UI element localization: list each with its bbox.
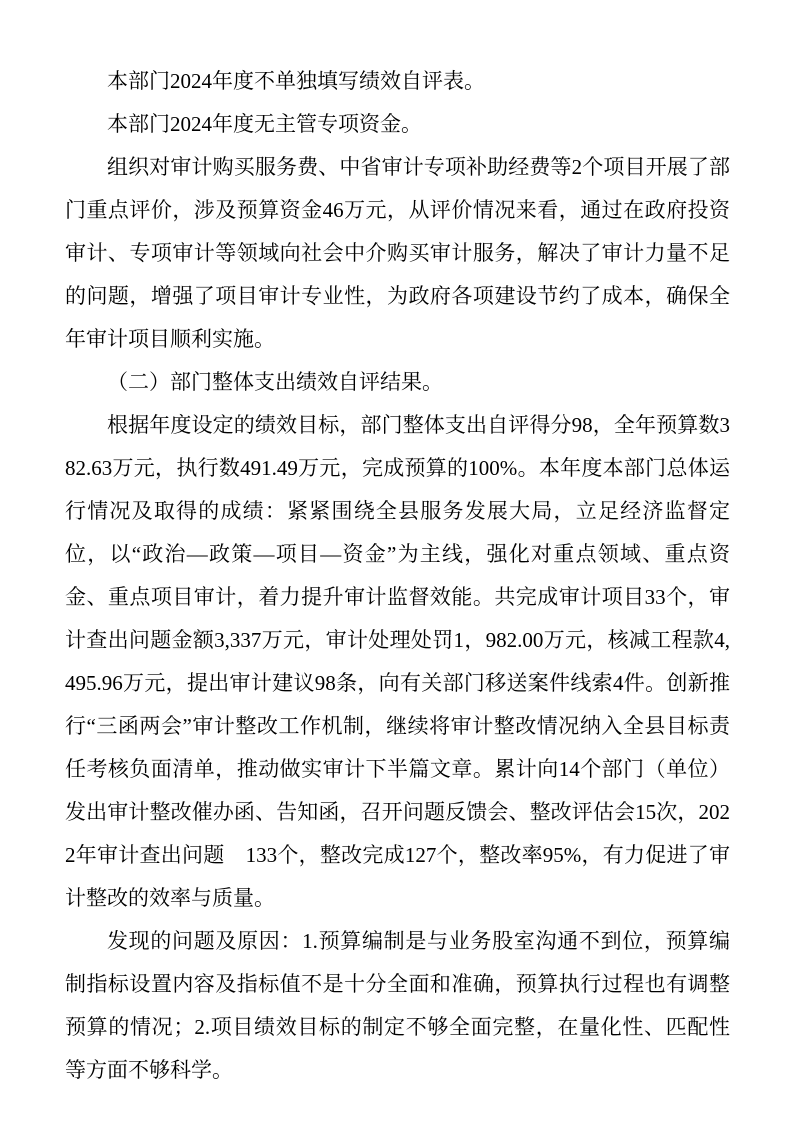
document-page: 本部门2024年度不单独填写绩效自评表。 本部门2024年度无主管专项资金。 组…	[0, 0, 793, 1122]
para-no-supervised-special-funds: 本部门2024年度无主管专项资金。	[65, 103, 730, 146]
document-body: 本部门2024年度不单独填写绩效自评表。 本部门2024年度无主管专项资金。 组…	[65, 60, 730, 1092]
para-key-evaluation-projects: 组织对审计购买服务费、中省审计专项补助经费等2个项目开展了部门重点评价，涉及预算…	[65, 146, 730, 361]
para-problems-and-causes: 发现的问题及原因：1.预算编制是与业务股室沟通不到位，预算编制指标设置内容及指标…	[65, 920, 730, 1092]
para-overall-expenditure-self-eval: 根据年度设定的绩效目标，部门整体支出自评得分98，全年预算数382.63万元，执…	[65, 404, 730, 920]
section-heading-overall-expenditure-result: （二）部门整体支出绩效自评结果。	[65, 361, 730, 404]
para-no-separate-self-eval-form: 本部门2024年度不单独填写绩效自评表。	[65, 60, 730, 103]
